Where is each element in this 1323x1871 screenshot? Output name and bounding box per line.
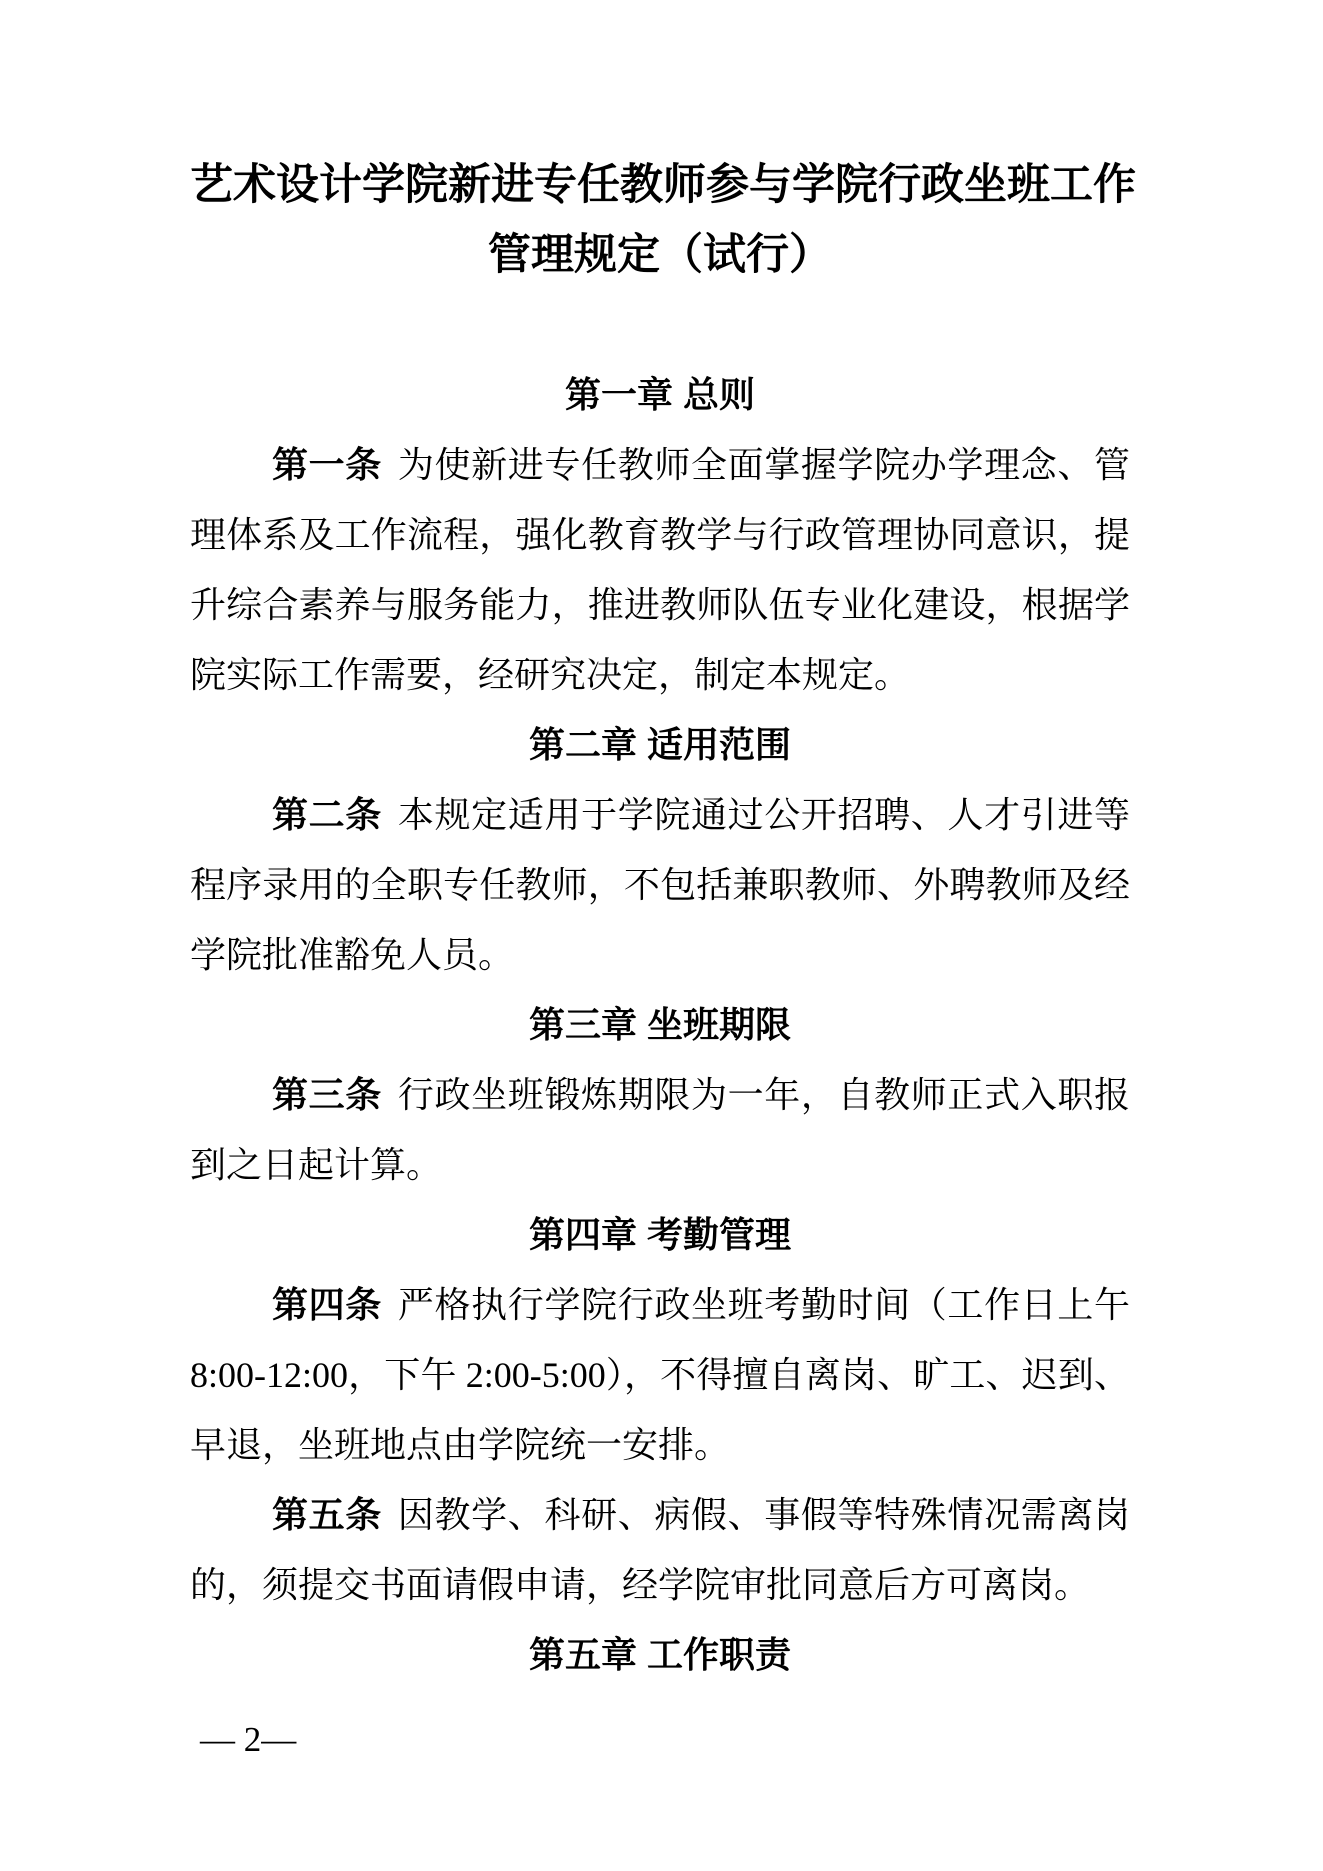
chapter-3-heading: 第三章 坐班期限	[190, 990, 1130, 1060]
chapter-4-heading: 第四章 考勤管理	[190, 1200, 1130, 1270]
article-3-label: 第三条	[272, 1075, 382, 1115]
article-1-paragraph: 第一条为使新进专任教师全面掌握学院办学理念、管理体系及工作流程，强化教育教学与行…	[190, 430, 1130, 710]
document-page: 艺术设计学院新进专任教师参与学院行政坐班工作 管理规定（试行） 第一章 总则 第…	[0, 0, 1323, 1871]
title-body-spacer	[190, 290, 1130, 360]
article-2-label: 第二条	[272, 795, 382, 835]
chapter-2-heading: 第二章 适用范围	[190, 710, 1130, 780]
article-4-paragraph: 第四条严格执行学院行政坐班考勤时间（工作日上午8:00-12:00，下午 2:0…	[190, 1270, 1130, 1480]
article-3-paragraph: 第三条行政坐班锻炼期限为一年，自教师正式入职报到之日起计算。	[190, 1060, 1130, 1200]
article-5-label: 第五条	[272, 1495, 382, 1535]
article-5-paragraph: 第五条因教学、科研、病假、事假等特殊情况需离岗的，须提交书面请假申请，经学院审批…	[190, 1480, 1130, 1620]
document-content: 艺术设计学院新进专任教师参与学院行政坐班工作 管理规定（试行） 第一章 总则 第…	[190, 150, 1130, 1690]
article-1-label: 第一条	[272, 445, 382, 485]
document-title: 艺术设计学院新进专任教师参与学院行政坐班工作 管理规定（试行）	[190, 150, 1130, 290]
document-title-line-1: 艺术设计学院新进专任教师参与学院行政坐班工作	[190, 150, 1130, 220]
chapter-1-heading: 第一章 总则	[190, 360, 1130, 430]
article-4-label: 第四条	[272, 1285, 382, 1325]
page-number: — 2—	[200, 1705, 296, 1775]
article-2-paragraph: 第二条本规定适用于学院通过公开招聘、人才引进等程序录用的全职专任教师，不包括兼职…	[190, 780, 1130, 990]
document-title-line-2: 管理规定（试行）	[190, 220, 1130, 290]
chapter-5-heading: 第五章 工作职责	[190, 1620, 1130, 1690]
